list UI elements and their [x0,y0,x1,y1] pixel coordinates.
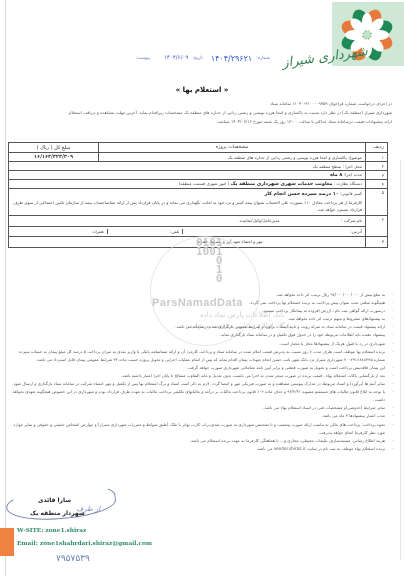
row-supervisor: دستگاه نظارت : معاونت خدمات شهری شهرداری… [9,180,366,189]
duration-value: ۸ ماه [330,173,342,178]
condition-item: با توجه به ابلاغ قانون مالیات های مستقیم… [9,388,394,404]
row-deduction: کسر قانونی: ۱۰ درصد سپرده حسن انجام کار … [9,189,366,216]
condition-item: هزینه اطلاع رسانی، مستندسازی، تبلیغات مح… [9,437,394,445]
date-value: ۱۴۰۴/۶/۰۹ [164,55,188,61]
row-number: ۲ [366,162,388,171]
date-label: تاریخ: [192,56,202,61]
table-row: ۳ مدت اجرا: ۸ ماه [9,171,388,180]
condition-item: بعد از بارگشایی پاکات استعلام بهاء ، قیم… [9,372,394,380]
row-location: محل اجرا : سطح منطقه یک [9,162,366,171]
deduction-value: ۱۰ درصد سپرده حسن انجام کار [265,192,339,197]
company-note: مدیرعامل/وکیل/نماینده [240,218,280,223]
intro-paragraph: در اجرای درخواست شماره فراخوان ۳۱۰۰۰۰۹۷۵… [7,99,392,126]
row-number: ۱ [366,153,388,162]
total-amount: ۱۶/۱۶۳/۳۲۳/۳۰۹ [9,153,99,162]
condition-item: شهرداری در رد یا قبول هریک از پیشنهادها … [9,340,394,348]
logo-wordmark: شهرداری شیراز [281,44,368,71]
condition-item: به پیشنهادهای مشروط و مبهم ترتیب اثر داد… [9,315,394,323]
table-row: ۶ نام شرکت : مدیرعامل/وکیل/نماینده [9,215,388,226]
table-header-row: ردیف مشخصات پروژه مبلغ کل ( ریال ) [9,143,388,153]
conditions-list: به مبلغ بیش از ۹۷/۰۰۰/۰۰۰/۰۰۰ ریال ترتیب… [9,291,394,453]
handwritten-number: ۷۹۵۷۵۳۹ [56,554,90,564]
email-text: Email: zone1shahrdari.shiraz@gmail.com [17,541,152,547]
row-number: ۴ [366,180,388,189]
supervisor-value: معاونت خدمات شهری شهرداری منطقه یک [231,182,333,187]
number-value: ۱۴۰۴/۲۹۶۲۱ [211,54,252,63]
condition-item: مدت اعتبار پیشنهادها ۳ ماه می باشد. [9,412,394,420]
table-row: ۲ محل اجرا : سطح منطقه یک [9,162,388,171]
condition-item: پیشنهاد دهنده باید اطلاعات مربوطه خود را… [9,331,394,339]
project-spec-table: ردیف مشخصات پروژه مبلغ کل ( ریال ) ۱ موض… [8,142,388,248]
condition-item: این پیمان فاقدپیش پرداخت است و تحویل به … [9,364,394,372]
intro-line: شهرداری شیراز (منطقه یک) در نظر دارد نسب… [7,108,392,117]
deduction-label: کسر قانونی: [340,191,362,196]
website-text: W-SITE: zone1.shiraz [17,528,86,534]
header-row-number: ردیف [366,143,388,153]
table-row: ۴ دستگاه نظارت : معاونت خدمات شهری شهردا… [9,180,388,189]
mobile-field[interactable]: همراه: [9,229,107,234]
watermark-binary: 0101 1001 0 1 0 [196,238,223,283]
header-spec: مشخصات پروژه [99,143,366,153]
row-subject: موضوع: پاکسازی و امحا هرزه نویسی و زشتی … [99,153,366,162]
row-number: ۶ [366,215,388,236]
scan-edge-right [400,160,401,560]
row-duration: مدت اجرا: ۸ ماه [9,171,366,180]
letter-meta: شماره: ۱۴۰۴/۲۹۶۲۱ تاریخ: ۱۴۰۴/۶/۰۹ پیوست… [60,52,270,64]
company-label: نام شرکت : [341,218,362,223]
condition-item: هیچگونه مبلغی تحت عنوان پیش پرداخت به بر… [9,299,394,307]
table-row: ۵ کسر قانونی: ۱۰ درصد سپرده حسن انجام کا… [9,189,388,216]
condition-item: به مبلغ بیش از ۹۷/۰۰۰/۰۰۰/۰۰۰ ریال ترتیب… [9,291,394,299]
company-name-field[interactable]: نام شرکت : مدیرعامل/وکیل/نماینده [9,215,366,226]
document-page: شهرداری شیراز شماره: ۱۴۰۴/۲۹۶۲۱ تاریخ: ۱… [0,0,404,576]
duration-label: مدت اجرا: [344,172,362,177]
condition-item: نحوه پرداخت: پرداخت های مالی به تناسب ار… [9,421,394,437]
signature-scribble: از طرف [76,505,100,513]
number-label: شماره: [256,56,270,61]
condition-item: برنده استعلام بهاء موظف به ثبت نام در سا… [9,445,394,453]
row-number: ۳ [366,171,388,180]
address-field[interactable]: آدرس: [182,229,365,234]
row-number: ۷ [366,236,388,247]
header-amount: مبلغ کل ( ریال ) [9,143,99,153]
supervisor-label: دستگاه نظارت : [334,181,362,186]
table-row: آدرس: تلفن: همراه: [9,226,388,236]
condition-item: درصورت ارائه گواهی ثبت نام ، ارزش افزوده… [9,307,394,315]
footer-orange-bar [0,528,14,556]
condition-item: سایر شرایط (خدوصی)و مشخصات فنی در اسناد … [9,404,394,412]
intro-line: در اجرای درخواست شماره فراخوان ۳۱۰۰۰۰۹۷۵… [7,99,392,108]
deduction-detail: کارفرما از هر پرداخت معادل ۱۰٪ بصورت علی… [12,199,362,214]
table-row: ۱ موضوع: پاکسازی و امحا هرزه نویسی و زشت… [9,153,388,162]
intro-line: ارائه پیشنهادات قیمت درسامانه ستاد حداکث… [7,117,392,126]
condition-item: سایر آیتم ها (برآورد) و اسناد مربوطه در … [9,380,394,388]
condition-item: ارائه پیشنهاد قیمت در سامانه ستاد به منز… [9,323,394,331]
condition-item: برنده استعلام بها موظف است ظرف مدت ۷ روز… [9,348,394,364]
attachment-label: پیوست: [135,56,150,61]
contact-fields: آدرس: تلفن: همراه: [9,226,366,236]
signatory-name: سارا قائدی [38,497,71,504]
row-number: ۵ [366,189,388,216]
supervisor-note: ( امور شهری قسمت منطقه) [179,181,230,186]
phone-field[interactable]: تلفن: [107,229,183,234]
page-title: « استعلام بها » [0,86,404,94]
